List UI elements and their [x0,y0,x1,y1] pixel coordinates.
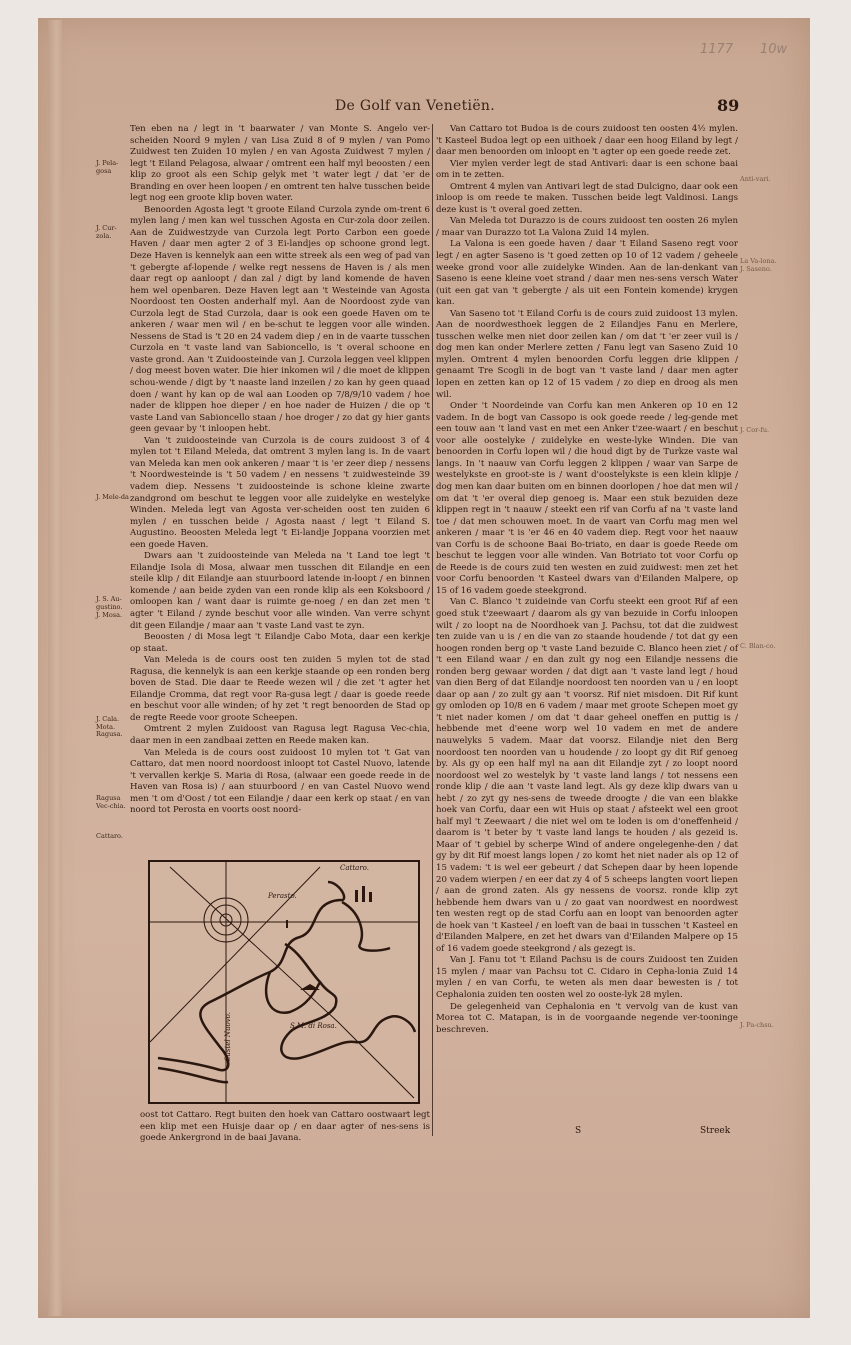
paragraph: Omtrent 4 mylen van Antivari legt de sta… [436,182,738,217]
paragraph: Dwars aan 't zuidoosteinde van Meleda na… [130,551,430,632]
paragraph: Benoorden Agosta legt 't groote Eiland C… [130,205,430,436]
margin-note: J. Pela-gosa [96,160,132,175]
paragraph: De gelegenheid van Cephalonia en 't verv… [436,1002,738,1037]
left-column-after-map: oost tot Cattaro. Regt buiten den hoek v… [140,1110,430,1145]
page-fold-shadow [48,20,62,1316]
margin-note: J. Mosa. [96,612,132,620]
map-label-perasto: Perasto. [268,892,297,900]
map-label-castel-nuovo: Castel Nuovo. [224,1012,232,1062]
left-column: Ten eben na / legt in 't baarwater / van… [130,124,430,817]
margin-note: J. Mele-da [96,494,132,502]
pencil-note-2: 10w [760,42,787,57]
margin-note: J. Cur-zola. [96,225,132,240]
paragraph: Van Saseno tot 't Eiland Corfu is de cou… [436,309,738,401]
page-number: 89 [717,96,739,115]
paragraph: Van Meleda is de cours oost ten zuiden 5… [130,655,430,724]
paragraph: Van Meleda is de cours oost zuidoost 10 … [130,748,430,817]
margin-note: J. Cala. Mota. Ragusa. [96,716,132,739]
paragraph: Beoosten / di Mosa legt 't Eilandje Cabo… [130,632,430,655]
pencil-note-1: 1177 [700,42,733,57]
paragraph: Onder 't Noordeinde van Corfu kan men An… [436,401,738,597]
paragraph: Van C. Blanco 't zuideinde van Corfu ste… [436,597,738,955]
paragraph: Vier mylen verder legt de stad Antivari:… [436,159,738,182]
column-divider [432,124,433,1136]
paragraph: Omtrent 2 mylen Zuidoost van Ragusa legt… [130,724,430,747]
map-label-cattaro: Cattaro. [340,864,369,872]
running-head: De Golf van Venetiën. [335,98,495,114]
catchword: Streek [700,1126,730,1136]
paragraph: Ten eben na / legt in 't baarwater / van… [130,124,430,205]
paragraph: Van Meleda tot Durazzo is de cours zuido… [436,216,738,239]
paragraph: La Valona is een goede haven / daar 't E… [436,239,738,308]
margin-note: La Va-lona. J. Saseno. [740,258,780,273]
margin-note: C. Blan-co. [740,643,780,651]
margin-note: Ragusa Vec-chia. [96,795,132,810]
map-label-st-maria-di-rosa: S.M. di Rosa. [290,1022,337,1030]
paragraph: oost tot Cattaro. Regt buiten den hoek v… [140,1110,430,1145]
margin-note: J. S. Au-gustino. [96,596,132,611]
margin-note: J. Pa-chsu. [740,1022,780,1030]
margin-note: Anti-vari. [740,176,780,184]
margin-note: J. Cor-fu. [740,427,780,435]
bay-of-kotor-map: Cattaro. Perasto. Castel Nuovo. S.M. di … [148,860,420,1104]
signature-mark: S [575,1126,581,1136]
paragraph: Van J. Fanu tot 't Eiland Pachsu is de c… [436,955,738,1001]
margin-note: Cattaro. [96,833,132,841]
paragraph: Van Cattaro tot Budoa is de cours zuidoo… [436,124,738,159]
right-column: Van Cattaro tot Budoa is de cours zuidoo… [436,124,738,1036]
paragraph: Van 't zuidoosteinde van Curzola is de c… [130,436,430,551]
